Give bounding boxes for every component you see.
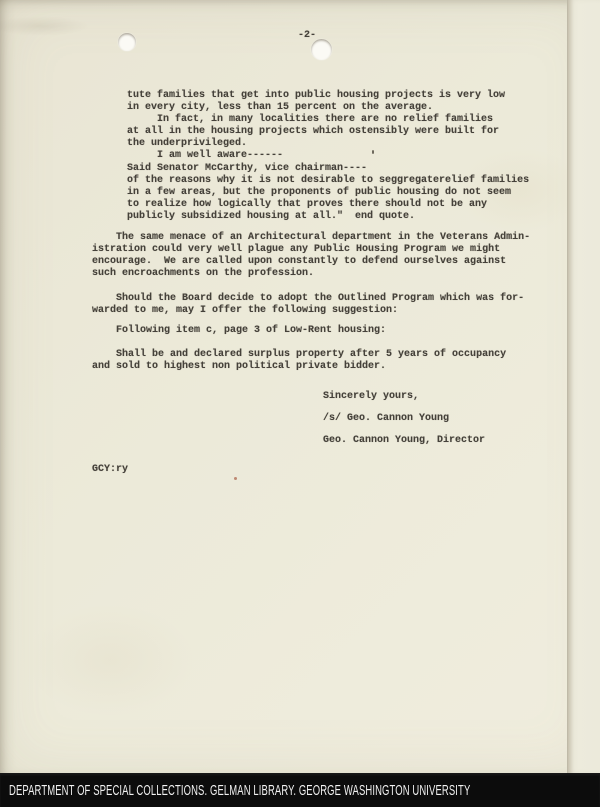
archive-footer-label: DEPARTMENT OF SPECIAL COLLECTIONS. GELMA… <box>9 782 470 799</box>
letter-paper: -2- tute families that get into public h… <box>0 0 600 773</box>
text-line: at all in the housing projects which ost… <box>127 126 529 138</box>
punch-hole-left <box>118 33 136 51</box>
text-line: Following item c, page 3 of Low-Rent hou… <box>92 325 386 337</box>
text-line: In fact, in many localities there are no… <box>127 114 529 126</box>
scan-edge-strip <box>567 0 600 773</box>
page-number: -2- <box>298 30 316 42</box>
archive-footer-bar: DEPARTMENT OF SPECIAL COLLECTIONS. GELMA… <box>0 773 600 807</box>
text-line: Sincerely yours, <box>323 386 485 408</box>
paragraph-veterans-administration: The same menace of an Architectural depa… <box>92 232 530 280</box>
text-line: in a few areas, but the proponents of pu… <box>127 187 529 199</box>
text-line: the underprivileged. <box>127 138 529 150</box>
paragraph-following-item: Following item c, page 3 of Low-Rent hou… <box>92 325 386 337</box>
text-line: The same menace of an Architectural depa… <box>92 232 530 244</box>
paragraph-board-suggestion: Should the Board decide to adopt the Out… <box>92 293 524 317</box>
text-line: Geo. Cannon Young, Director <box>323 430 485 452</box>
text-line: tute families that get into public housi… <box>127 90 529 102</box>
text-line: Shall be and declared surplus property a… <box>92 349 506 361</box>
text-line: and sold to highest non political privat… <box>92 361 506 373</box>
typist-reference-initials: GCY:ry <box>92 464 128 476</box>
closing-signature-block: Sincerely yours,/s/ Geo. Cannon YoungGeo… <box>323 386 485 451</box>
punch-hole-right <box>311 39 332 60</box>
text-line: encourage. We are called upon constantly… <box>92 256 530 268</box>
text-line: Should the Board decide to adopt the Out… <box>92 293 524 305</box>
scan-speck <box>234 477 237 480</box>
text-line: istration could very well plague any Pub… <box>92 244 530 256</box>
scanned-letter-page: -2- tute families that get into public h… <box>0 0 600 807</box>
text-line: to realize how logically that proves the… <box>127 199 529 211</box>
text-line: publicly subsidized housing at all." end… <box>127 211 529 223</box>
text-line: in every city, less than 15 percent on t… <box>127 102 529 114</box>
paragraph-surplus-property: Shall be and declared surplus property a… <box>92 349 506 373</box>
text-line: /s/ Geo. Cannon Young <box>323 408 485 430</box>
text-line: of the reasons why it is not desirable t… <box>127 175 529 187</box>
quoted-testimony-block: tute families that get into public housi… <box>127 90 529 223</box>
text-line: Said Senator McCarthy, vice chairman---- <box>127 163 529 175</box>
text-line: warded to me, may I offer the following … <box>92 305 524 317</box>
text-line: I am well aware------ <box>127 150 529 162</box>
text-line: such encroachments on the profession. <box>92 268 530 280</box>
